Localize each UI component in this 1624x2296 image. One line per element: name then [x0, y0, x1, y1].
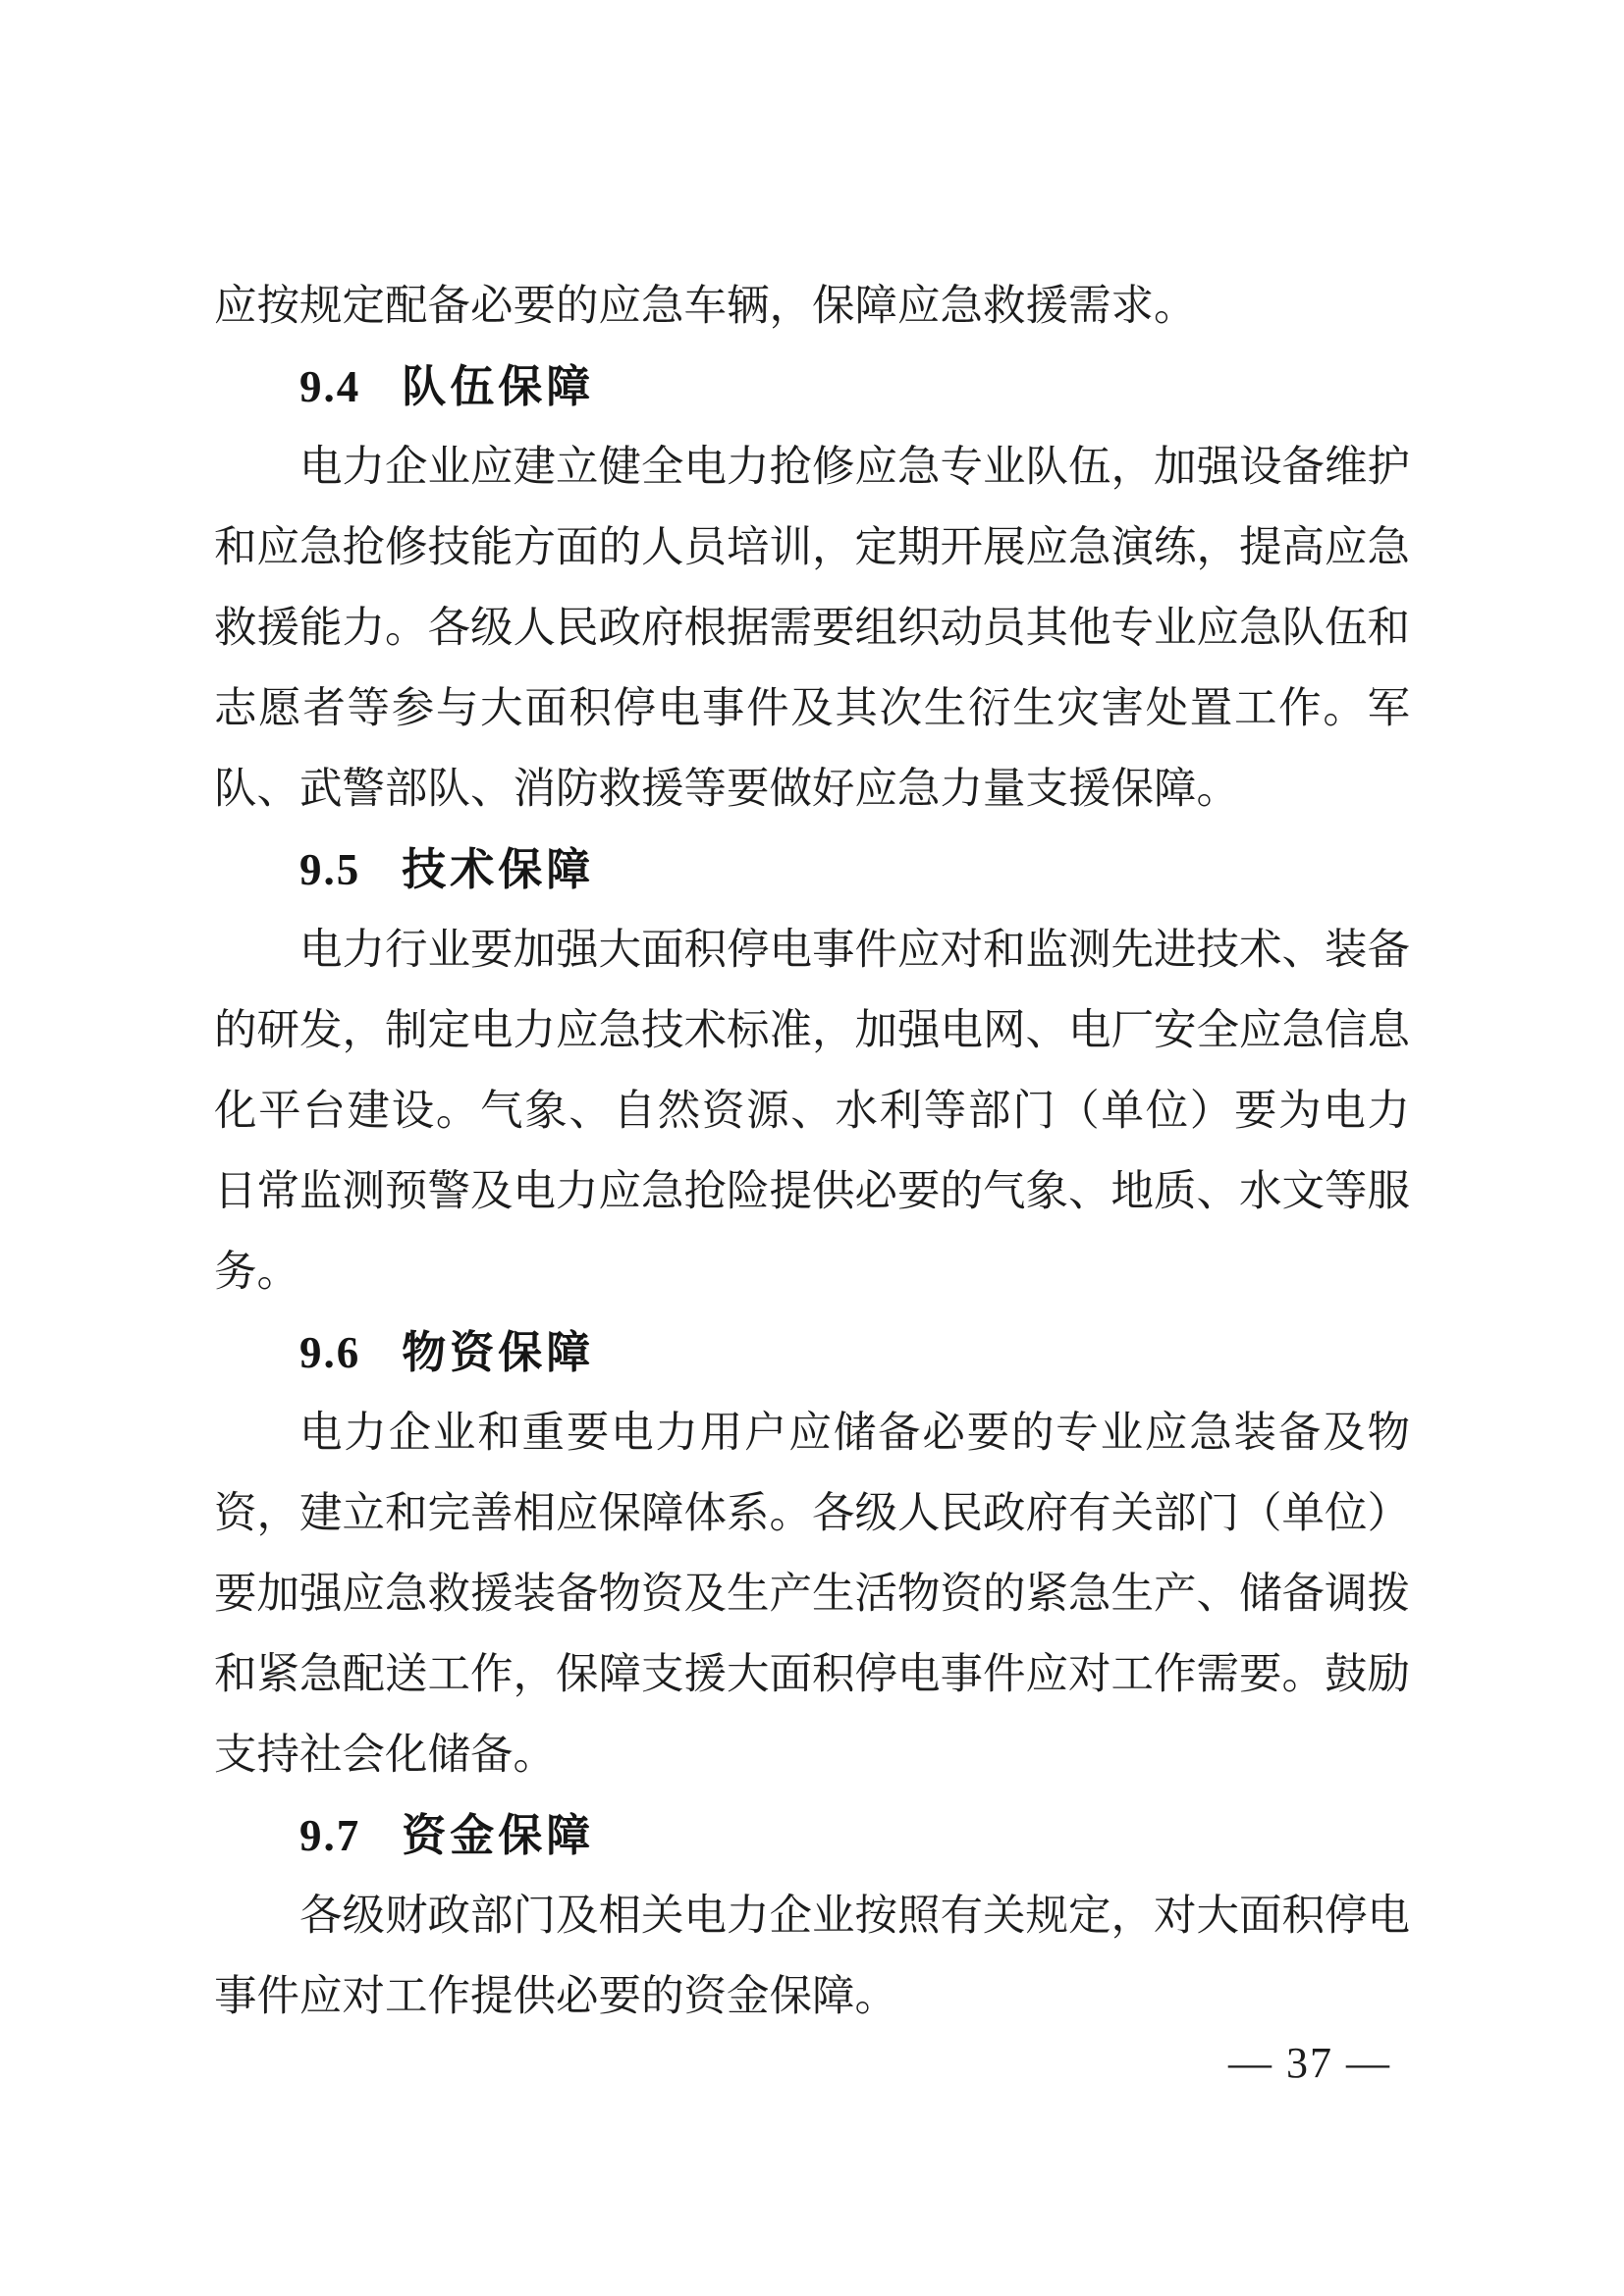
text-line: 务。 [214, 1232, 1410, 1312]
text-line: 应按规定配备必要的应急车辆，保障应急救援需求。 [214, 266, 1410, 347]
section-title: 队伍保障 [402, 362, 594, 411]
text-line: 要加强应急救援装备物资及生产生活物资的紧急生产、储备调拨 [214, 1554, 1410, 1634]
section-number: 9.7 [299, 1811, 360, 1860]
section-heading-9-5: 9.5技术保障 [214, 829, 1410, 910]
document-body: 应按规定配备必要的应急车辆，保障应急救援需求。9.4队伍保障电力企业应建立健全电… [214, 266, 1410, 2037]
text-line: 资，建立和完善相应保障体系。各级人民政府有关部门（单位） [214, 1473, 1410, 1554]
section-heading-9-7: 9.7资金保障 [214, 1795, 1410, 1876]
page-number: — 37 — [1228, 2040, 1391, 2087]
section-heading-9-4: 9.4队伍保障 [214, 347, 1410, 427]
para-vehicle-guarantee-continuation: 应按规定配备必要的应急车辆，保障应急救援需求。 [214, 266, 1410, 347]
document-page: 应按规定配备必要的应急车辆，保障应急救援需求。9.4队伍保障电力企业应建立健全电… [0, 0, 1624, 2296]
para-9-4-team-guarantee: 电力企业应建立健全电力抢修应急专业队伍，加强设备维护和应急抢修技能方面的人员培训… [214, 427, 1410, 829]
text-line: 事件应对工作提供必要的资金保障。 [214, 1956, 1410, 2037]
para-9-6-material-guarantee: 电力企业和重要电力用户应储备必要的专业应急装备及物资，建立和完善相应保障体系。各… [214, 1393, 1410, 1795]
text-line: 志愿者等参与大面积停电事件及其次生衍生灾害处置工作。军 [214, 668, 1410, 749]
text-line: 救援能力。各级人民政府根据需要组织动员其他专业应急队伍和 [214, 588, 1410, 668]
text-line: 化平台建设。气象、自然资源、水利等部门（单位）要为电力 [214, 1071, 1410, 1151]
text-line: 电力行业要加强大面积停电事件应对和监测先进技术、装备 [214, 910, 1410, 990]
text-line: 各级财政部门及相关电力企业按照有关规定，对大面积停电 [214, 1876, 1410, 1956]
text-line: 和应急抢修技能方面的人员培训，定期开展应急演练，提高应急 [214, 507, 1410, 588]
section-title: 物资保障 [402, 1328, 594, 1377]
text-line: 日常监测预警及电力应急抢险提供必要的气象、地质、水文等服 [214, 1151, 1410, 1232]
section-number: 9.6 [299, 1328, 360, 1377]
text-line: 电力企业和重要电力用户应储备必要的专业应急装备及物 [214, 1393, 1410, 1473]
section-heading-9-6: 9.6物资保障 [214, 1312, 1410, 1393]
text-line: 电力企业应建立健全电力抢修应急专业队伍，加强设备维护 [214, 427, 1410, 507]
section-number: 9.5 [299, 845, 360, 894]
section-title: 资金保障 [402, 1811, 594, 1860]
section-number: 9.4 [299, 362, 360, 411]
para-9-5-technology-guarantee: 电力行业要加强大面积停电事件应对和监测先进技术、装备的研发，制定电力应急技术标准… [214, 910, 1410, 1312]
text-line: 队、武警部队、消防救援等要做好应急力量支援保障。 [214, 749, 1410, 829]
text-line: 支持社会化储备。 [214, 1715, 1410, 1795]
text-line: 和紧急配送工作，保障支援大面积停电事件应对工作需要。鼓励 [214, 1634, 1410, 1715]
section-title: 技术保障 [402, 845, 594, 894]
text-line: 的研发，制定电力应急技术标准，加强电网、电厂安全应急信息 [214, 990, 1410, 1071]
para-9-7-funding-guarantee: 各级财政部门及相关电力企业按照有关规定，对大面积停电事件应对工作提供必要的资金保… [214, 1876, 1410, 2037]
